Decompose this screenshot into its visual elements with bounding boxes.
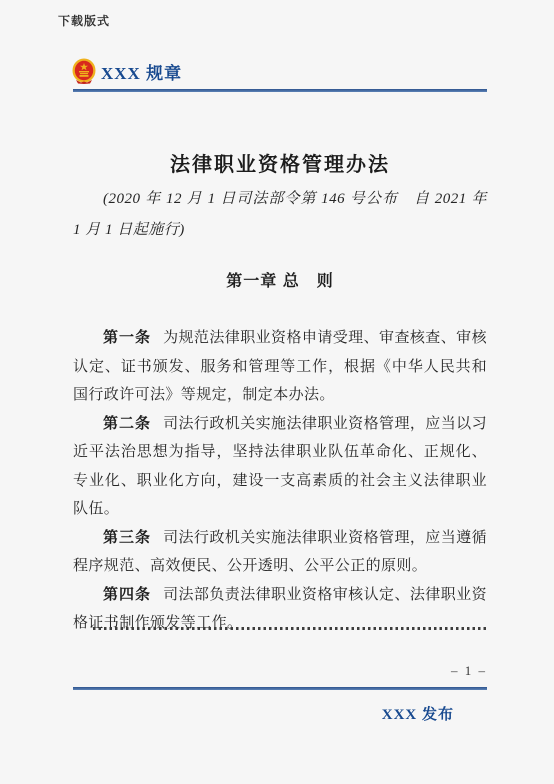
brand-label: XXX 规章	[101, 59, 182, 84]
publisher-label: XXX 发布	[382, 703, 454, 724]
national-emblem-icon	[72, 58, 96, 84]
document-title: 法律职业资格管理办法	[73, 148, 487, 177]
article-3: 第三条司法行政机关实施法律职业资格管理，应当遵循程序规范、高效便民、公开透明、公…	[73, 524, 487, 581]
article-3-number: 第三条	[103, 529, 151, 546]
header-divider-line	[73, 89, 487, 92]
download-format-link[interactable]: 下载版式	[58, 12, 110, 29]
chapter-heading: 第一章 总 则	[73, 268, 487, 291]
article-4-number: 第四条	[103, 586, 151, 603]
article-1-number: 第一条	[103, 329, 151, 346]
page-number: – 1 –	[451, 663, 487, 679]
article-2-number: 第二条	[103, 415, 151, 432]
document-page: 下载版式 XXX 规章 法律职业资格管理办法 (2020 年 12 月 1 日司…	[0, 0, 554, 784]
document-subtitle: (2020 年 12 月 1 日司法部令第 146 号公布 自 2021 年 1…	[73, 184, 487, 246]
article-1: 第一条为规范法律职业资格申请受理、审查核查、审核认定、证书颁发、服务和管理等工作…	[73, 324, 487, 410]
articles-section: 第一条为规范法律职业资格申请受理、审查核查、审核认定、证书颁发、服务和管理等工作…	[73, 324, 487, 638]
footer-divider-line	[73, 687, 487, 690]
dotted-divider-line	[93, 627, 486, 630]
article-2: 第二条司法行政机关实施法律职业资格管理，应当以习近平法治思想为指导，坚持法律职业…	[73, 410, 487, 524]
site-brand-header: XXX 规章	[72, 58, 182, 84]
